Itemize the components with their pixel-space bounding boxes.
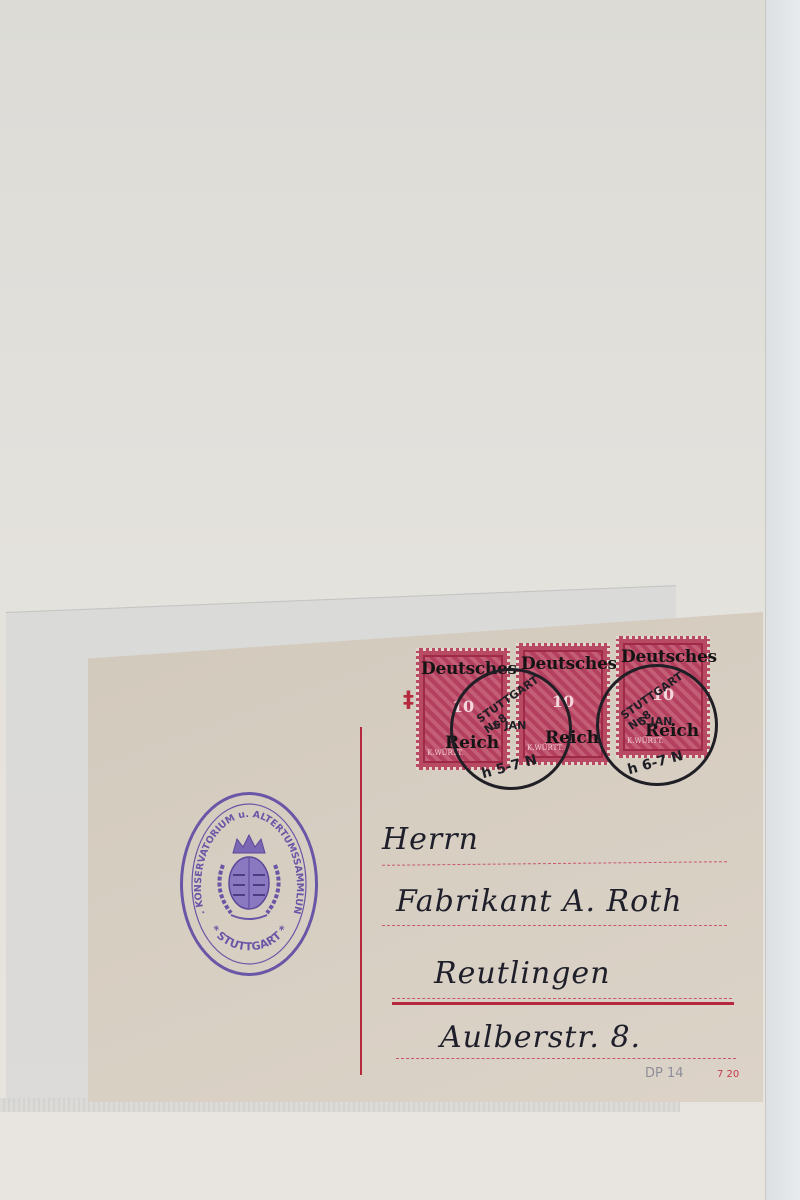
printer-code: 7 20 [717, 1069, 739, 1080]
official-seal: K. KONSERVATORIUM u. ALTERTUMSSAMMLUNG *… [180, 792, 318, 976]
address-city: Reutlingen [434, 956, 611, 991]
address-rule [396, 1058, 736, 1059]
album-page-edge [765, 0, 800, 1200]
card-divider-line [360, 727, 362, 1075]
postmark-date: 5 JAN [639, 715, 672, 728]
address-name: Fabrikant A. Roth [396, 884, 683, 919]
address-street: Aulberstr. 8. [440, 1020, 641, 1055]
postmark: STUTTGART Nr.8 5 JAN h 5-7 N [450, 668, 572, 790]
coat-of-arms-seal-icon: K. KONSERVATORIUM u. ALTERTUMSSAMMLUNG *… [183, 795, 315, 973]
svg-text:* STUTTGART *: * STUTTGART * [208, 923, 291, 953]
postmark: STUTTGART Nr.8 5 JAN h 6-7 N [596, 664, 718, 786]
postmark-time: h 5-7 N [480, 752, 539, 782]
address-rule-main [392, 1002, 734, 1005]
address-rule [382, 925, 727, 926]
postmark-date: 5 JAN [493, 719, 526, 732]
pencil-catalog-note: DP 14 [645, 1066, 684, 1081]
postmark-time: h 6-7 N [626, 748, 685, 778]
address-rule [392, 998, 732, 999]
stamp-placement-mark: ‡ [403, 690, 414, 712]
address-salutation: Herrn [382, 822, 479, 857]
